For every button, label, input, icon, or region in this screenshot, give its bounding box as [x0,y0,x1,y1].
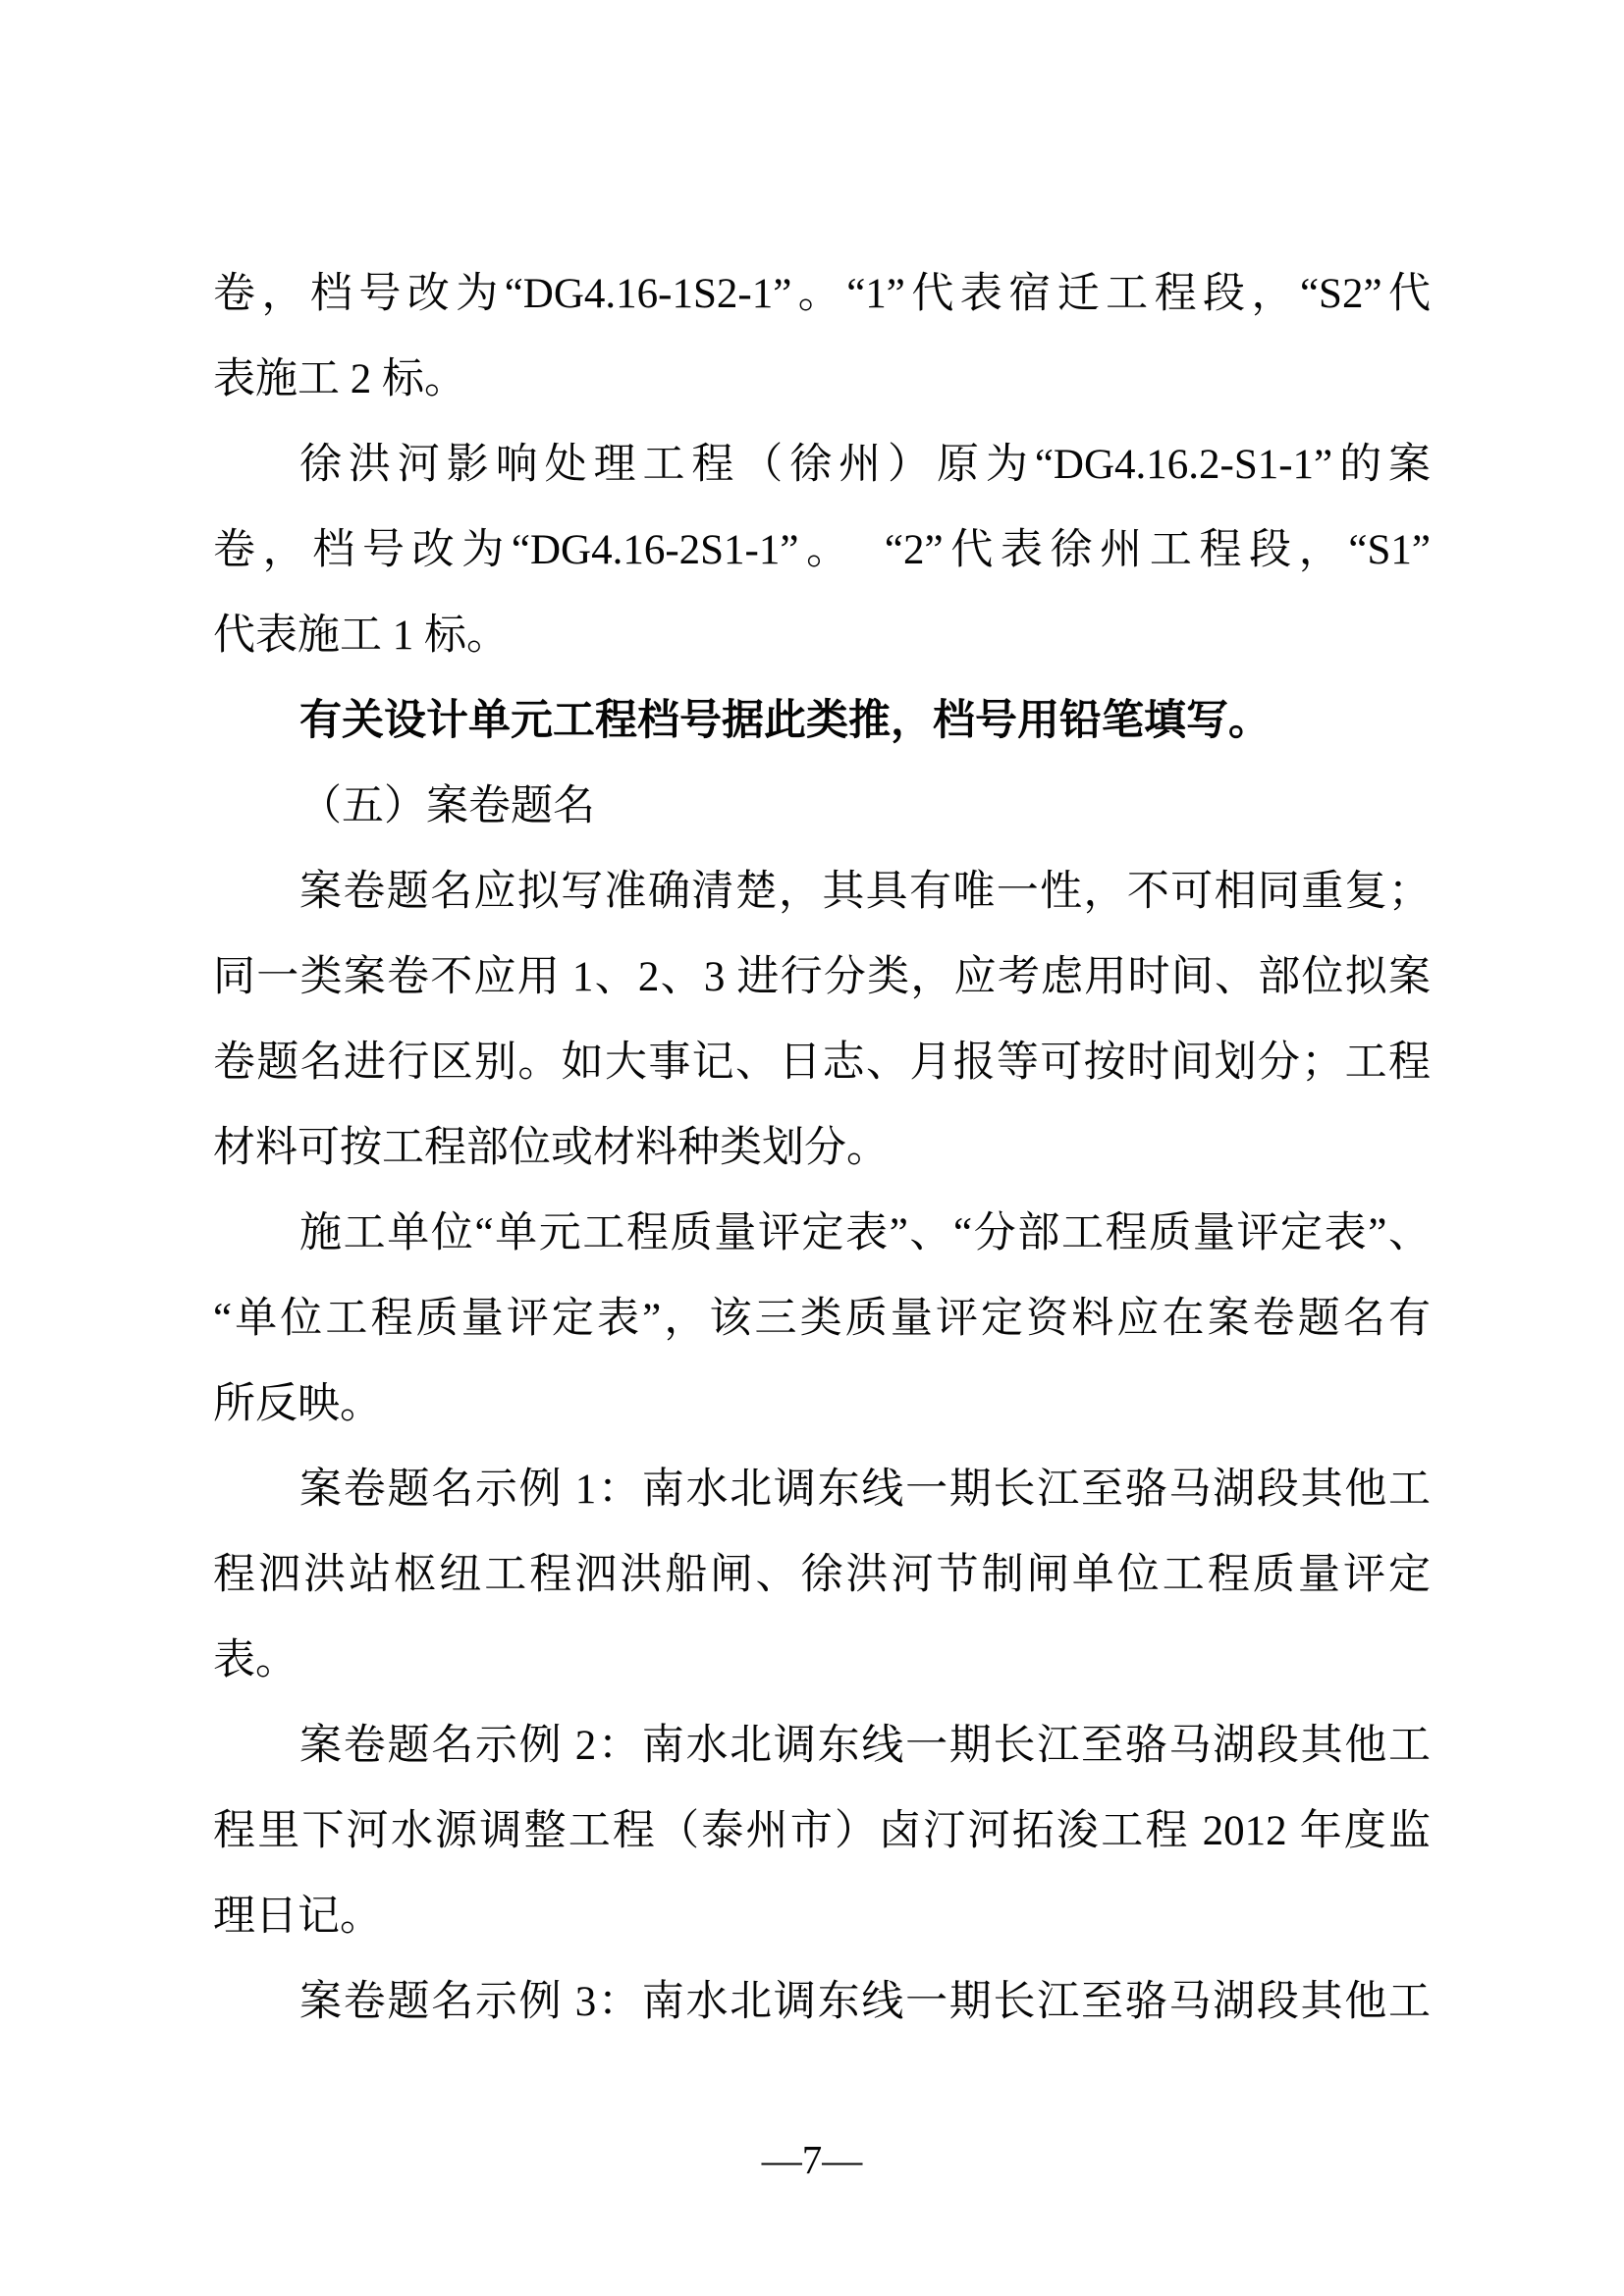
text-line: “单位工程质量评定表”，该三类质量评定资料应在案卷题名有 [213,1276,1431,1362]
document-body: 卷，档号改为“DG4.16-1S2-1”。“1”代表宿迁工程段，“S2”代 表施… [213,251,1431,2045]
text-line: 程里下河水源调整工程（泰州市）卤汀河拓浚工程 2012 年度监 [213,1789,1431,1874]
text-line: （五）案卷题名 [213,764,1431,849]
text-line: 案卷题名示例 1：南水北调东线一期长江至骆马湖段其他工 [213,1447,1431,1532]
document-page: 卷，档号改为“DG4.16-1S2-1”。“1”代表宿迁工程段，“S2”代 表施… [0,0,1624,2296]
text-line: 案卷题名应拟写准确清楚，其具有唯一性，不可相同重复； [213,849,1431,934]
text-line: 同一类案卷不应用 1、2、3 进行分类，应考虑用时间、部位拟案 [213,934,1431,1020]
text-line: 施工单位“单元工程质量评定表”、“分部工程质量评定表”、 [213,1191,1431,1276]
text-line: 徐洪河影响处理工程（徐州）原为“DG4.16.2-S1-1”的案 [213,422,1431,507]
text-line: 理日记。 [213,1874,1431,1959]
text-line: 案卷题名示例 2：南水北调东线一期长江至骆马湖段其他工 [213,1703,1431,1789]
text-line: 有关设计单元工程档号据此类推，档号用铅笔填写。 [213,678,1431,764]
text-line: 所反映。 [213,1362,1431,1447]
text-line: 材料可按工程部位或材料种类划分。 [213,1105,1431,1191]
text-line: 表施工 2 标。 [213,337,1431,422]
text-line: 卷，档号改为“DG4.16-1S2-1”。“1”代表宿迁工程段，“S2”代 [213,251,1431,337]
text-line: 卷，档号改为“DG4.16-2S1-1”。 “2”代表徐州工程段，“S1” [213,507,1431,593]
text-line: 程泗洪站枢纽工程泗洪船闸、徐洪河节制闸单位工程质量评定 [213,1532,1431,1618]
text-line: 卷题名进行区别。如大事记、日志、月报等可按时间划分；工程 [213,1020,1431,1105]
text-line: 代表施工 1 标。 [213,593,1431,678]
text-line: 案卷题名示例 3：南水北调东线一期长江至骆马湖段其他工 [213,1959,1431,2045]
page-number: —7— [0,2132,1624,2187]
text-line: 表。 [213,1618,1431,1703]
